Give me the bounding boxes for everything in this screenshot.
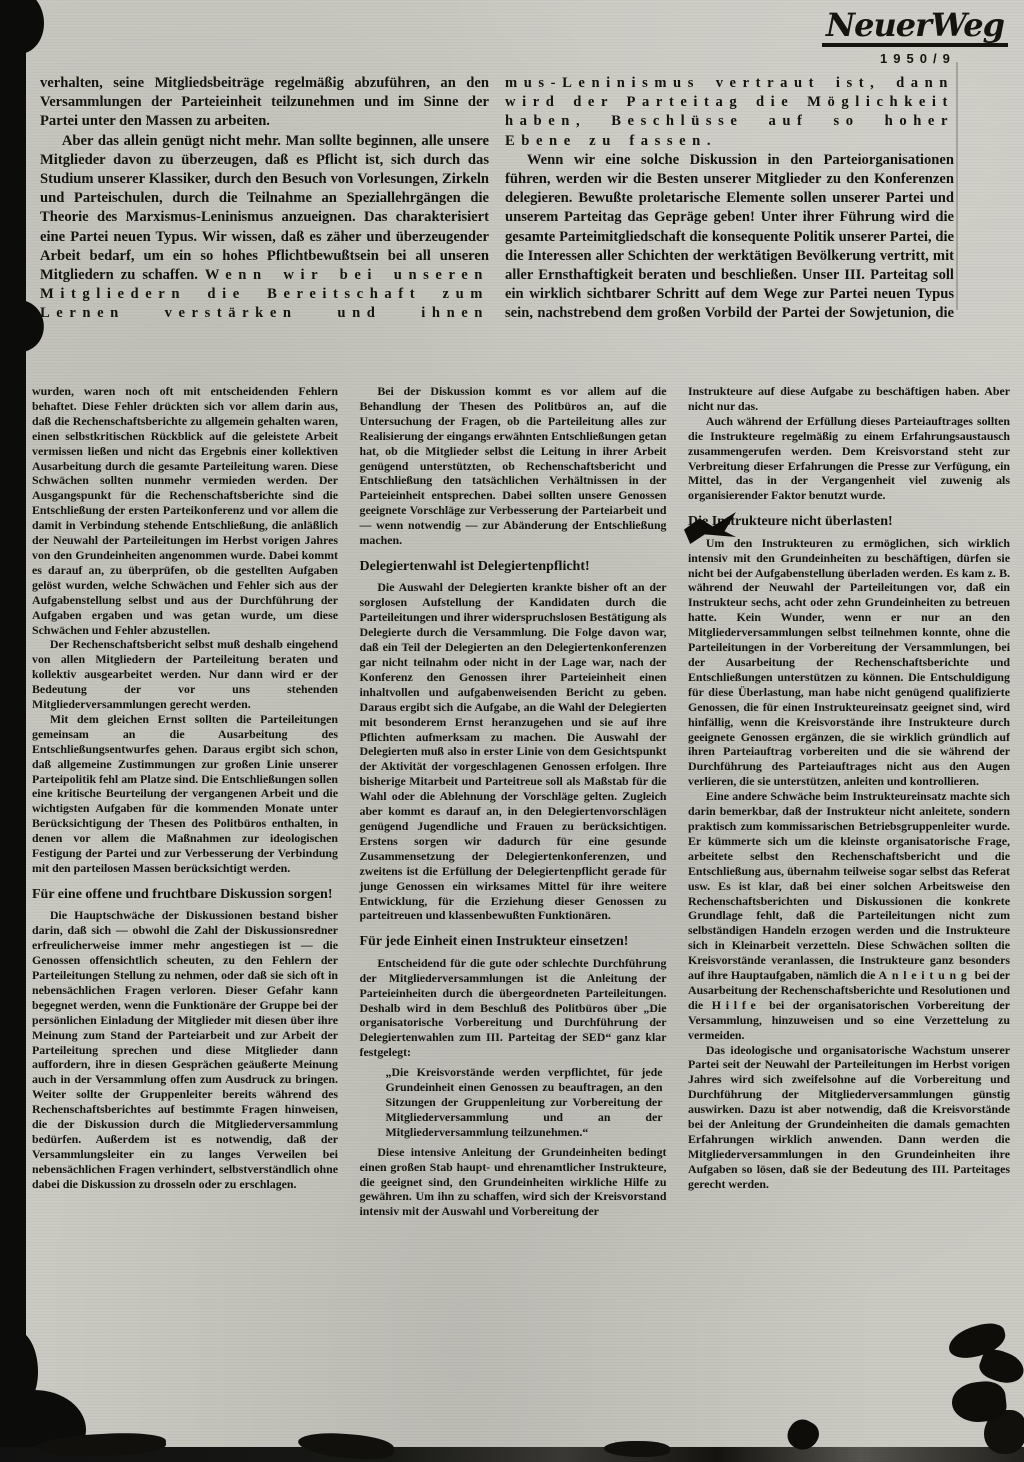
paragraph: Wenn wir eine solche Diskussion in den P…	[505, 151, 954, 320]
section-heading: Delegiertenwahl ist Delegiertenpflicht!	[360, 559, 667, 576]
section-heading: Für jede Einheit einen Instrukteur einse…	[360, 934, 667, 951]
emphasized-spaced-text: Hilfe	[712, 998, 761, 1012]
body-text: Die Auswahl der Delegierten krankte bish…	[360, 580, 667, 922]
main-column-3: Instrukteure auf diese Aufgabe zu beschä…	[688, 384, 1010, 1442]
paragraph: Instrukteure auf diese Aufgabe zu beschä…	[688, 384, 1010, 414]
paragraph: Mit dem gleichen Ernst sollten die Parte…	[32, 712, 338, 876]
paragraph: Die Hauptschwäche der Diskussionen besta…	[32, 908, 338, 1191]
body-text: Aber das allein genügt nicht mehr. Man s…	[40, 133, 489, 283]
main-column-2: Bei der Diskussion kommt es vor allem au…	[360, 384, 667, 1442]
body-text: wurden, waren noch oft mit entscheidende…	[32, 384, 338, 637]
paragraph: Aber das allein genügt nicht mehr. Man s…	[40, 132, 489, 320]
body-text: Entscheidend für die gute oder schlechte…	[360, 956, 667, 1059]
scan-blob-top-left	[0, 0, 44, 54]
intro-column-right: mus-Leninismus vertraut ist, dann wird d…	[505, 74, 954, 320]
body-text: Instrukteure auf diese Aufgabe zu beschä…	[688, 384, 1010, 413]
intro-column-left: verhalten, seine Mitgliedsbeiträge regel…	[40, 74, 489, 320]
section-heading: Für eine offene und fruchtbare Diskussio…	[32, 887, 338, 904]
body-text: verhalten, seine Mitgliedsbeiträge regel…	[40, 75, 489, 129]
body-text: Eine andere Schwäche beim Instrukteurein…	[688, 789, 1010, 982]
masthead-title: NeuerWeg	[822, 8, 1008, 47]
paragraph: wurden, waren noch oft mit entscheidende…	[32, 384, 338, 637]
paragraph: mus-Leninismus vertraut ist, dann wird d…	[505, 74, 954, 151]
body-text: Diese intensive Anleitung der Grundeinhe…	[360, 1145, 667, 1219]
main-column-1: wurden, waren noch oft mit entscheidende…	[32, 384, 338, 1442]
paragraph: Diese intensive Anleitung der Grundeinhe…	[360, 1145, 667, 1220]
body-text: Wenn wir eine solche Diskussion in den P…	[505, 152, 954, 320]
paragraph: Die Auswahl der Delegierten krankte bish…	[360, 580, 667, 923]
scan-crease-line	[956, 62, 958, 310]
quote-block: „Die Kreisvorstände werden verpflichtet,…	[386, 1065, 663, 1140]
masthead-issue: 1950/9	[822, 51, 1008, 66]
paragraph: Das ideologische und organisatorische Wa…	[688, 1043, 1010, 1192]
paragraph: Der Rechenschaftsbericht selbst muß desh…	[32, 637, 338, 712]
paragraph: Entscheidend für die gute oder schlechte…	[360, 956, 667, 1060]
paragraph: Eine andere Schwäche beim Instrukteurein…	[688, 789, 1010, 1042]
emphasized-spaced-text: Anleitung	[878, 968, 971, 982]
section-heading: Die Instrukteure nicht überlasten!	[688, 514, 1010, 531]
intro-section: verhalten, seine Mitgliedsbeiträge regel…	[40, 74, 954, 320]
body-text: Um den Instrukteuren zu ermöglichen, sic…	[688, 536, 1010, 789]
body-text: Auch während der Erfüllung dieses Partei…	[688, 414, 1010, 503]
body-text: Bei der Diskussion kommt es vor allem au…	[360, 384, 667, 547]
body-text: Das ideologische und organisatorische Wa…	[688, 1043, 1010, 1191]
main-section: wurden, waren noch oft mit entscheidende…	[32, 384, 1010, 1442]
body-text: Mit dem gleichen Ernst sollten die Parte…	[32, 712, 338, 875]
paragraph: Bei der Diskussion kommt es vor allem au…	[360, 384, 667, 548]
paragraph: Auch während der Erfüllung dieses Partei…	[688, 414, 1010, 503]
emphasized-spaced-text: mus-Leninismus vertraut ist, dann wird d…	[505, 75, 954, 149]
scan-edge-left	[0, 0, 26, 1462]
magazine-page: NeuerWeg 1950/9 verhalten, seine Mitglie…	[0, 0, 1024, 1462]
paragraph: verhalten, seine Mitgliedsbeiträge regel…	[40, 74, 489, 132]
paragraph: Um den Instrukteuren zu ermöglichen, sic…	[688, 536, 1010, 789]
body-text: Der Rechenschaftsbericht selbst muß desh…	[32, 637, 338, 711]
body-text: Die Hauptschwäche der Diskussionen besta…	[32, 908, 338, 1190]
masthead: NeuerWeg 1950/9	[822, 8, 1008, 66]
